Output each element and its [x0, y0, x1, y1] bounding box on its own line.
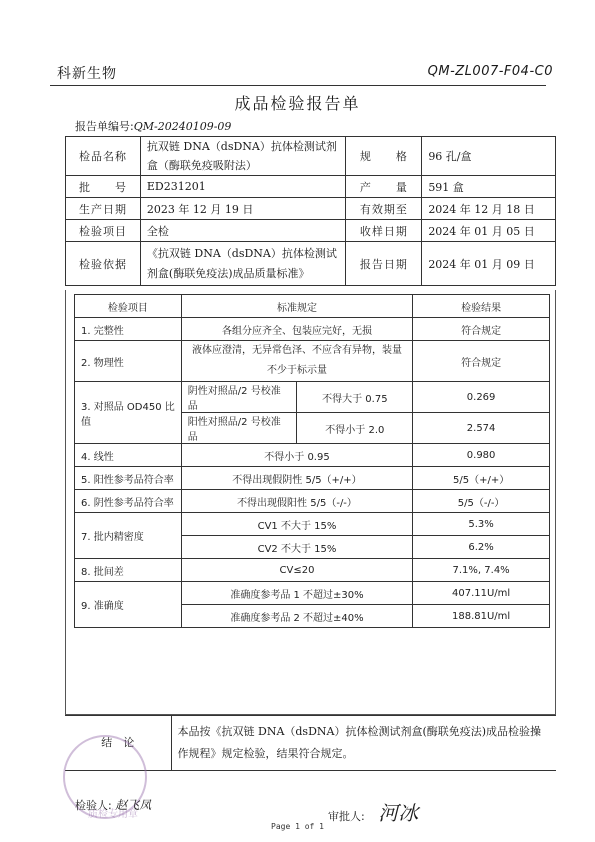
batch-value: ED231201 [140, 176, 346, 198]
row-item: 4. 线性 [75, 444, 182, 467]
header-divider [50, 85, 546, 86]
row-standard: 准确度参考品 1 不超过±30% [181, 582, 412, 605]
quantity-value: 591 盒 [422, 176, 556, 198]
spec-value: 96 孔/盒 [422, 137, 556, 176]
row-standard: CV2 不大于 15% [181, 536, 412, 559]
mfg-date-value: 2023 年 12 月 19 日 [140, 198, 346, 220]
mfg-date-label: 生产日期 [66, 198, 141, 220]
expiry-label: 有效期至 [346, 198, 422, 220]
row-result: 符合规定 [413, 341, 550, 382]
row-item: 5. 阳性参考品符合率 [75, 467, 182, 490]
test-item-value: 全检 [140, 220, 346, 242]
expiry-value: 2024 年 12 月 18 日 [422, 198, 556, 220]
row-standard: 不得出现假阳性 5/5（-/-） [181, 490, 412, 513]
row-result: 0.269 [413, 382, 550, 413]
basis-label: 检验依据 [66, 242, 141, 286]
inspector-signature-value: 赵飞凤 [115, 798, 151, 812]
row-standard: 不得出现假阴性 5/5（+/+） [181, 467, 412, 490]
page-title: 成品检验报告单 [0, 91, 595, 114]
row-standard: 准确度参考品 2 不超过±40% [181, 605, 412, 628]
row-result: 5/5（+/+） [413, 467, 550, 490]
row-item: 2. 物理性 [75, 341, 182, 382]
basis-value: 《抗双链 DNA（dsDNA）抗体检测试剂盒(酶联免疫法)成品质量标准》 [140, 242, 346, 286]
row-standard: 不得大于 0.75 [297, 382, 413, 413]
row-result: 407.11U/ml [413, 582, 550, 605]
row-standard: 液体应澄清，无异常色泽、不应含有异物，装量不少于标示量 [181, 341, 412, 382]
sample-date-value: 2024 年 01 月 05 日 [422, 220, 556, 242]
row-standard: CV≤20 [181, 559, 412, 582]
row-result: 2.574 [413, 413, 550, 444]
table-row: 7. 批内精密度 CV1 不大于 15% 5.3% [75, 513, 550, 536]
row-item: 8. 批间差 [75, 559, 182, 582]
table-row: 6. 阴性参考品符合率 不得出现假阳性 5/5（-/-） 5/5（-/-） [75, 490, 550, 513]
row-standard: 不得小于 2.0 [297, 413, 413, 444]
report-number-label: 报告单编号: [75, 120, 134, 133]
row-result: 符合规定 [413, 318, 550, 341]
table-row: 4. 线性 不得小于 0.95 0.980 [75, 444, 550, 467]
inspector-signature: 检验人: 赵飞凤 [75, 796, 151, 813]
row-standard: 不得小于 0.95 [181, 444, 412, 467]
row-result: 5/5（-/-） [413, 490, 550, 513]
spec-label: 规 格 [346, 137, 422, 176]
table-row: 5. 阳性参考品符合率 不得出现假阴性 5/5（+/+） 5/5（+/+） [75, 467, 550, 490]
header-result: 检验结果 [413, 295, 550, 318]
product-name-value: 抗双链 DNA（dsDNA）抗体检测试剂盒（酶联免疫吸附法） [140, 137, 346, 176]
row-standard: CV1 不大于 15% [181, 513, 412, 536]
results-table: 检验项目 标准规定 检验结果 1. 完整性 各组分应齐全、包装应完好，无损 符合… [74, 294, 550, 628]
row-result: 6.2% [413, 536, 550, 559]
product-info-table: 检品名称 抗双链 DNA（dsDNA）抗体检测试剂盒（酶联免疫吸附法） 规 格 … [65, 136, 556, 286]
row-result: 0.980 [413, 444, 550, 467]
report-date-label: 报告日期 [346, 242, 422, 286]
table-row: 3. 对照品 OD450 比值 阴性对照品/2 号校准品 不得大于 0.75 0… [75, 382, 550, 413]
header-standard: 标准规定 [181, 295, 412, 318]
batch-label: 批 号 [66, 176, 141, 198]
row-result: 188.81U/ml [413, 605, 550, 628]
row-item: 6. 阴性参考品符合率 [75, 490, 182, 513]
table-row: 8. 批间差 CV≤20 7.1%, 7.4% [75, 559, 550, 582]
quantity-label: 产 量 [346, 176, 422, 198]
row-standard: 各组分应齐全、包装应完好，无损 [181, 318, 412, 341]
table-row: 2. 物理性 液体应澄清，无异常色泽、不应含有异物，装量不少于标示量 符合规定 [75, 341, 550, 382]
row-item: 3. 对照品 OD450 比值 [75, 382, 182, 444]
row-item: 1. 完整性 [75, 318, 182, 341]
conclusion-text: 本品按《抗双链 DNA（dsDNA）抗体检测试剂盒(酶联免疫法)成品检验操作规程… [171, 716, 556, 771]
row-control: 阴性对照品/2 号校准品 [181, 382, 297, 413]
row-control: 阳性对照品/2 号校准品 [181, 413, 297, 444]
document-code: QM-ZL007-F04-C0 [428, 64, 553, 79]
company-name: 科新生物 [57, 63, 117, 83]
report-number: 报告单编号:QM-20240109-09 [75, 118, 231, 134]
inspector-label: 检验人: [75, 799, 112, 812]
page-number: Page 1 of 1 [0, 822, 595, 831]
sample-date-label: 收样日期 [346, 220, 422, 242]
product-name-label: 检品名称 [66, 137, 141, 176]
row-item: 7. 批内精密度 [75, 513, 182, 559]
header-test-item: 检验项目 [75, 295, 182, 318]
test-item-label: 检验项目 [66, 220, 141, 242]
report-date-value: 2024 年 01 月 09 日 [422, 242, 556, 286]
row-result: 5.3% [413, 513, 550, 536]
row-result: 7.1%, 7.4% [413, 559, 550, 582]
row-item: 9. 准确度 [75, 582, 182, 628]
table-row: 1. 完整性 各组分应齐全、包装应完好，无损 符合规定 [75, 318, 550, 341]
table-row: 9. 准确度 准确度参考品 1 不超过±30% 407.11U/ml [75, 582, 550, 605]
report-number-value: QM-20240109-09 [134, 120, 232, 133]
